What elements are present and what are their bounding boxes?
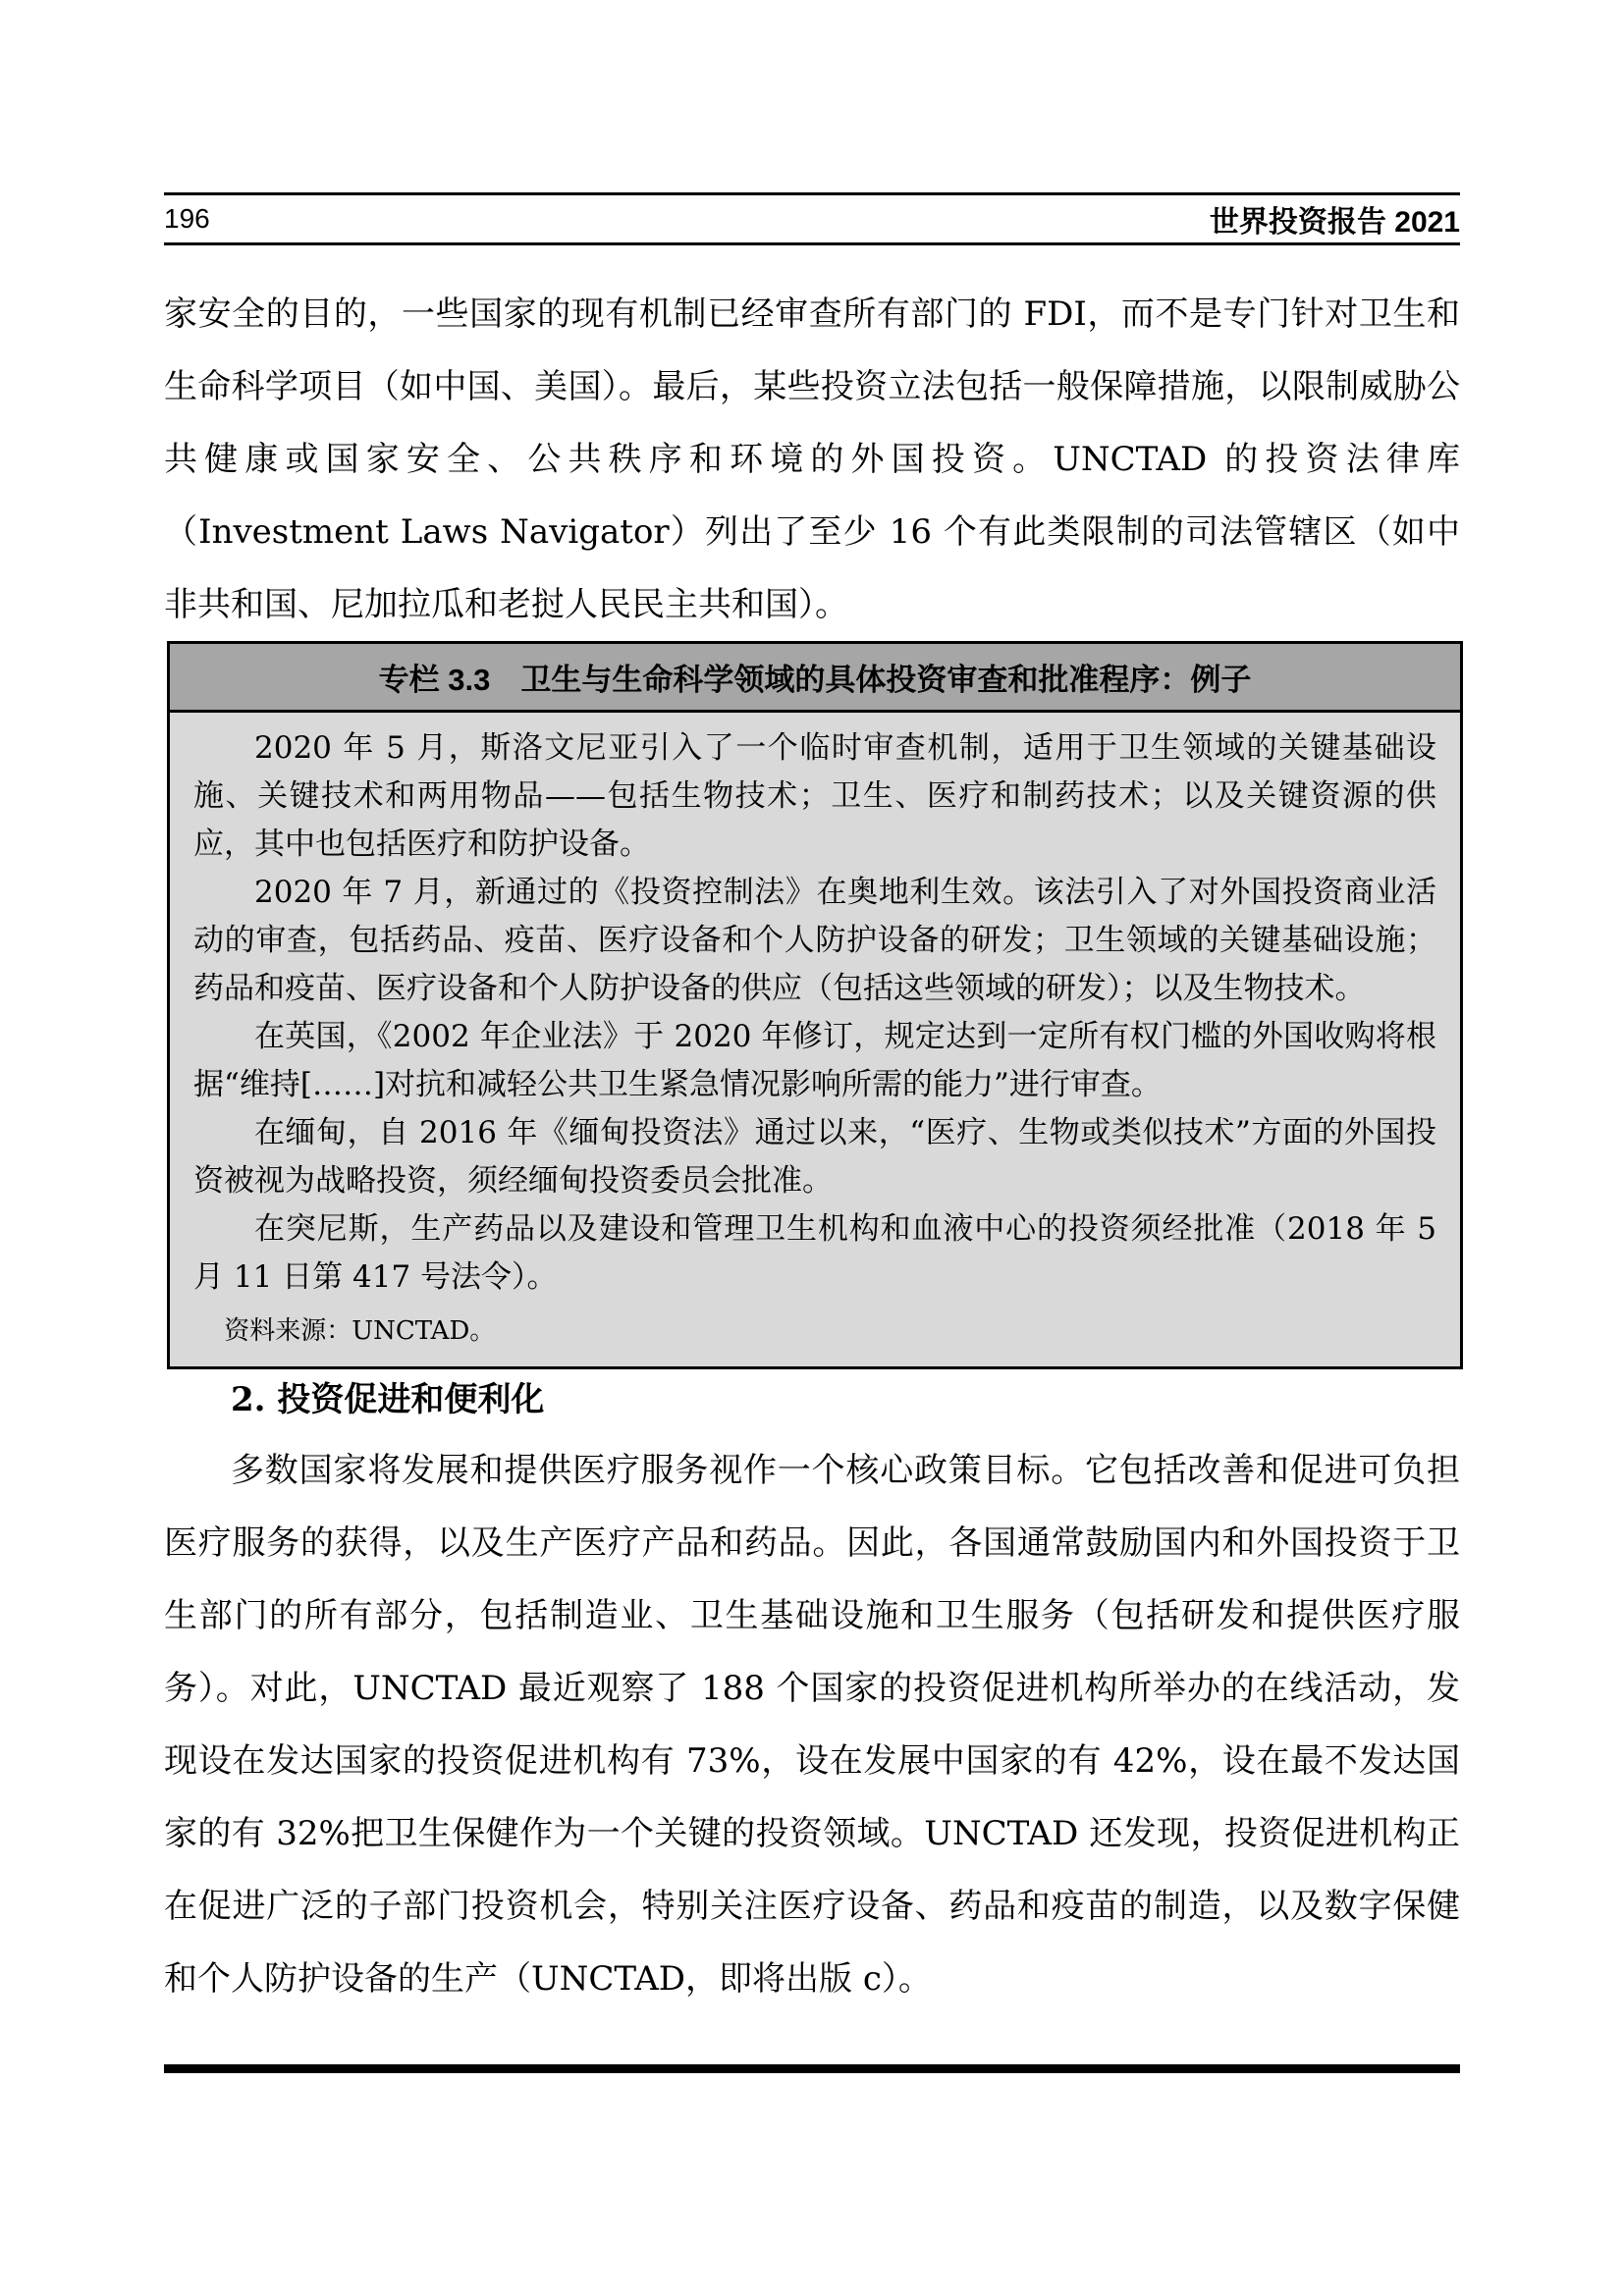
document-page: 196 世界投资报告 2021 家安全的目的，一些国家的现有机制已经审查所有部门… xyxy=(0,0,1624,2296)
box-title: 专栏 3.3 卫生与生命科学领域的具体投资审查和批准程序：例子 xyxy=(170,644,1460,713)
paragraph-national-security-screening: 家安全的目的，一些国家的现有机制已经审查所有部门的 FDI，而不是专门针对卫生和… xyxy=(164,278,1460,641)
page-number: 196 xyxy=(164,203,210,235)
box-paragraph-austria: 2020 年 7 月，新通过的《投资控制法》在奥地利生效。该法引入了对外国投资商… xyxy=(193,869,1436,1013)
box-paragraph-myanmar: 在缅甸，自 2016 年《缅甸投资法》通过以来，“医疗、生物或类似技术”方面的外… xyxy=(193,1109,1436,1205)
box-source-note: 资料来源：UNCTAD。 xyxy=(193,1311,1436,1351)
page-header: 196 世界投资报告 2021 xyxy=(164,192,1460,245)
section-heading-investment-promotion: 2. 投资促进和便利化 xyxy=(164,1372,1460,1420)
paragraph-investment-promotion: 多数国家将发展和提供医疗服务视作一个核心政策目标。它包括改善和促进可负担医疗服务… xyxy=(164,1434,1460,2015)
box-paragraph-uk: 在英国，《2002 年企业法》于 2020 年修订，规定达到一定所有权门槛的外国… xyxy=(193,1013,1436,1109)
box-3-3: 专栏 3.3 卫生与生命科学领域的具体投资审查和批准程序：例子 2020 年 5… xyxy=(167,641,1463,1369)
box-paragraph-slovenia: 2020 年 5 月，斯洛文尼亚引入了一个临时审查机制，适用于卫生领域的关键基础… xyxy=(193,724,1436,869)
bottom-rule xyxy=(164,2064,1460,2073)
box-body: 2020 年 5 月，斯洛文尼亚引入了一个临时审查机制，适用于卫生领域的关键基础… xyxy=(170,713,1460,1366)
report-title: 世界投资报告 2021 xyxy=(1210,197,1460,240)
box-paragraph-tunisia: 在突尼斯，生产药品以及建设和管理卫生机构和血液中心的投资须经批准（2018 年 … xyxy=(193,1205,1436,1302)
